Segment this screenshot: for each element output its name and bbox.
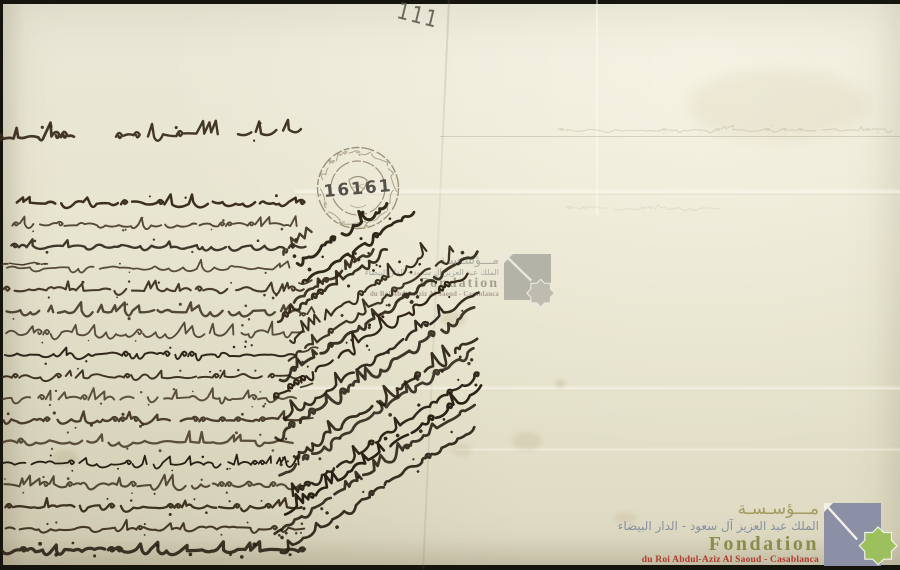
watermark-latin-subtitle: du Roi Abdul-Aziz Al Saoud - Casablanca xyxy=(642,554,819,566)
scanned-document: مـــؤسـسـة الملك عبد العزيز آل سعود - ال… xyxy=(0,0,900,570)
watermark-text: مـــؤسـسـة الملك عبد العزيز آل سعود - ال… xyxy=(618,501,819,566)
watermark-latin-title: Fondation xyxy=(709,534,819,554)
archive-stamp: 16161 xyxy=(318,148,400,229)
watermark-arabic-subtitle: الملك عبد العزيز آل سعود - الدار البيضاء xyxy=(618,519,819,533)
watermark-arabic-title: مـــؤسـسـة xyxy=(738,501,819,518)
watermark-foundation-corner: مـــؤسـسـة الملك عبد العزيز آل سعود - ال… xyxy=(618,501,881,566)
handwriting-layer: 16161 xyxy=(0,0,900,570)
foundation-logo-icon xyxy=(824,503,881,566)
handwritten-text-layer xyxy=(0,119,895,562)
